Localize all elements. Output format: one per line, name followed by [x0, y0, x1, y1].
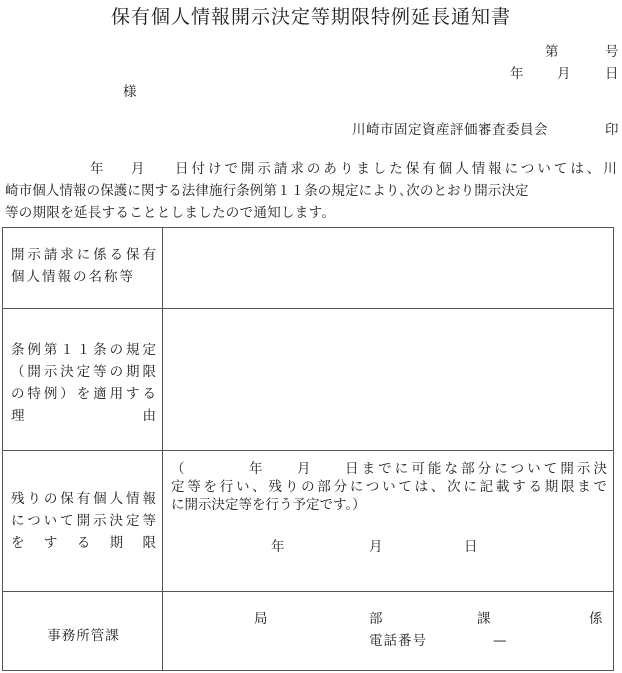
- body-line-1: 日付けで開示請求のありました保有個人情報については、川: [175, 157, 617, 177]
- row-divider-2: [3, 450, 613, 451]
- body-line-3: 等の期限を延長することとしましたので通知します。: [5, 201, 335, 221]
- deadline-day[interactable]: 日: [464, 538, 478, 556]
- row-divider-1: [3, 308, 613, 309]
- unit-label: 係: [589, 610, 603, 628]
- extension-table: 開示請求に係る保有 個人情報の名称等 条例第１１条の規定 （開示決定等の期限 の…: [2, 227, 614, 671]
- field-office-section: 局 部 課 係 電話番号 —: [171, 600, 607, 670]
- partial-line-1: 日までに可能な部分について開示決: [345, 460, 607, 478]
- bureau-label: 局: [254, 610, 268, 628]
- partial-line-2: 定等を行い、残りの部分については、次に記載する期限まで: [171, 478, 607, 496]
- department-label: 部: [369, 610, 383, 628]
- date-day: 日: [605, 62, 619, 82]
- column-divider: [162, 228, 163, 670]
- partial-line-3: に開示決定等を行う予定です。）: [171, 496, 366, 514]
- section-label: 課: [477, 610, 491, 628]
- number-prefix: 第: [545, 40, 559, 60]
- phone-dash: —: [493, 632, 507, 650]
- field-remaining-deadline: （ 年 月 日までに可能な部分について開示決 定等を行い、残りの部分については、…: [171, 460, 607, 590]
- label-remaining-deadline: 残りの保有個人情報 について開示決定等 を す る 期 限: [11, 488, 156, 554]
- body-year: 年: [90, 157, 104, 177]
- date-month: 月: [557, 62, 571, 82]
- body-line-2: 崎市個人情報の保護に関する法律施行条例第１１条の規定により､次のとおり開示決定: [5, 179, 617, 199]
- addressee-suffix: 様: [123, 80, 137, 100]
- body-month: 月: [131, 157, 145, 177]
- field-requested-info-name[interactable]: [171, 234, 607, 304]
- label-extension-reason: 条例第１１条の規定 （開示決定等の期限 の特例）を適用する 理 由: [11, 339, 156, 427]
- number-suffix: 号: [605, 40, 619, 60]
- deadline-month[interactable]: 月: [369, 538, 383, 556]
- paren-open: （: [171, 460, 185, 478]
- label-office-section: 事務所管課: [11, 625, 156, 647]
- phone-label: 電話番号: [369, 632, 427, 650]
- date-year: 年: [510, 62, 524, 82]
- partial-month: 月: [297, 460, 311, 478]
- partial-year: 年: [249, 460, 263, 478]
- row-divider-3: [3, 591, 613, 592]
- label-requested-info-name: 開示請求に係る保有 個人情報の名称等: [11, 244, 156, 288]
- document-title: 保有個人情報開示決定等期限特例延長通知書: [0, 2, 622, 29]
- deadline-year[interactable]: 年: [271, 538, 285, 556]
- issuer-name: 川崎市固定資産評価審査委員会: [352, 118, 548, 138]
- seal-mark: 印: [605, 118, 619, 138]
- field-extension-reason[interactable]: [171, 314, 607, 444]
